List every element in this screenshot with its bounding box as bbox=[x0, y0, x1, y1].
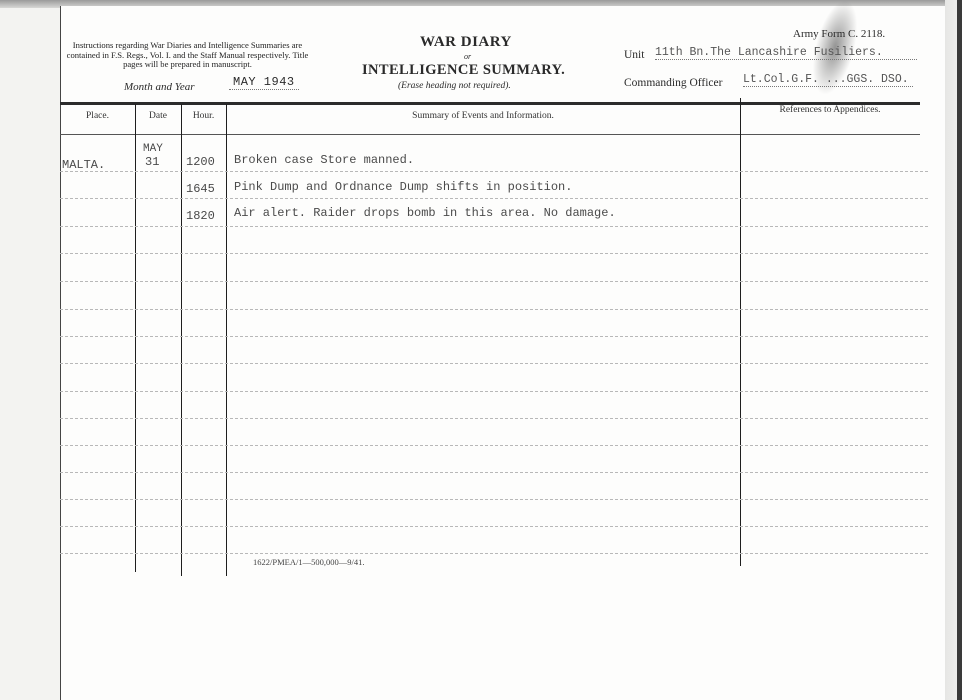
title-intelligence-summary: INTELLIGENCE SUMMARY. bbox=[362, 62, 565, 79]
print-code: 1622/PMEA/1—500,000—9/41. bbox=[253, 557, 364, 567]
army-form-number: Army Form C. 2118. bbox=[793, 28, 885, 40]
unit-value: 11th Bn.The Lancashire Fusiliers. bbox=[655, 46, 917, 60]
month-year-label: Month and Year bbox=[124, 81, 195, 93]
commanding-officer-value: Lt.Col.G.F. ...GGS. DSO. bbox=[743, 73, 913, 87]
row-2-summary: Pink Dump and Ordnance Dump shifts in po… bbox=[234, 180, 572, 194]
month-year-value: MAY 1943 bbox=[229, 75, 299, 90]
row-3-summary: Air alert. Raider drops bomb in this are… bbox=[234, 206, 616, 220]
ruled-line bbox=[60, 363, 928, 364]
ruled-line bbox=[60, 472, 928, 473]
ruled-line bbox=[60, 499, 928, 500]
row-1-hour: 1200 bbox=[186, 155, 215, 169]
title-or: or bbox=[464, 52, 471, 61]
title-note: (Erase heading not required). bbox=[398, 81, 511, 91]
column-divider-references bbox=[740, 98, 741, 566]
instructions-text: Instructions regarding War Diaries and I… bbox=[65, 41, 310, 70]
ruled-line bbox=[60, 309, 928, 310]
row-3-hour: 1820 bbox=[186, 209, 215, 223]
row-1-place: MALTA. bbox=[62, 158, 105, 172]
row-1-summary: Broken case Store manned. bbox=[234, 153, 414, 167]
column-header-hour: Hour. bbox=[181, 111, 226, 121]
ruled-line bbox=[60, 336, 928, 337]
column-header-references: References to Appendices. bbox=[740, 105, 920, 115]
column-header-place: Place. bbox=[60, 111, 135, 121]
column-header-date: Date bbox=[135, 111, 181, 121]
ruled-line bbox=[60, 171, 928, 172]
ruled-line bbox=[60, 391, 928, 392]
row-1-date-day: 31 bbox=[145, 155, 159, 169]
column-divider-hour bbox=[181, 104, 182, 576]
table-header-rule bbox=[60, 134, 920, 135]
ruled-line bbox=[60, 418, 928, 419]
ruled-line bbox=[60, 445, 928, 446]
column-divider-date bbox=[135, 104, 136, 572]
scan-right-edge bbox=[957, 0, 962, 700]
unit-label: Unit bbox=[624, 49, 644, 61]
row-1-date-month: MAY bbox=[143, 143, 163, 155]
ruled-line bbox=[60, 226, 928, 227]
ruled-line bbox=[60, 526, 928, 527]
ruled-line bbox=[60, 253, 928, 254]
row-2-hour: 1645 bbox=[186, 182, 215, 196]
ruled-line bbox=[60, 281, 928, 282]
column-header-summary: Summary of Events and Information. bbox=[226, 111, 740, 121]
column-divider-summary bbox=[226, 104, 227, 576]
ruled-line bbox=[60, 553, 928, 554]
commanding-officer-label: Commanding Officer bbox=[624, 77, 722, 89]
title-war-diary: WAR DIARY bbox=[420, 34, 512, 51]
ruled-line bbox=[60, 198, 928, 199]
